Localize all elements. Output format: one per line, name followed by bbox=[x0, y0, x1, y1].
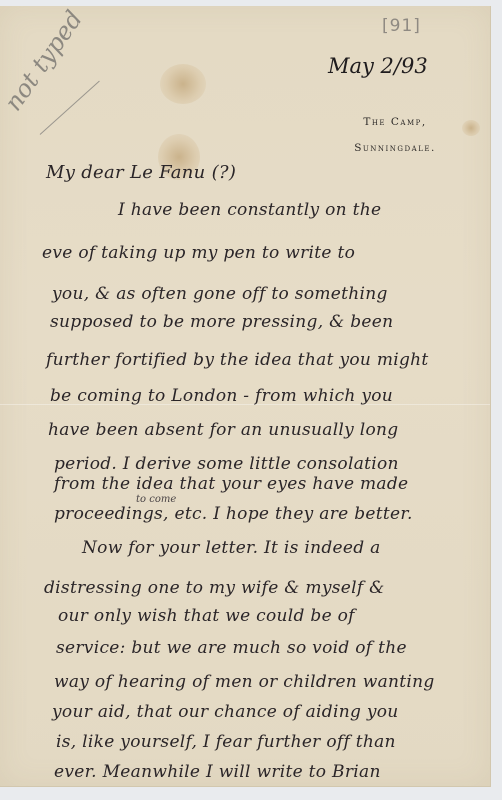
pencil-underline bbox=[40, 81, 100, 135]
body-line: further fortified by the idea that you m… bbox=[46, 350, 429, 370]
body-line: period. I derive some little consolation bbox=[54, 454, 399, 474]
body-line: have been absent for an unusually long bbox=[48, 420, 398, 440]
body-line: from the idea that your eyes have made bbox=[54, 474, 408, 494]
pencil-annotation: not typed bbox=[0, 5, 88, 116]
ink-stain bbox=[160, 64, 206, 104]
body-line: your aid, that our chance of aiding you bbox=[52, 702, 399, 722]
body-line: service: but we are much so void of the bbox=[56, 638, 407, 658]
letter-date: May 2/93 bbox=[328, 54, 428, 78]
body-line: our only wish that we could be of bbox=[58, 606, 355, 626]
body-line: be coming to London - from which you bbox=[50, 386, 393, 406]
body-line: you, & as often gone off to something bbox=[52, 284, 388, 304]
body-line: is, like yourself, I fear further off th… bbox=[56, 732, 396, 752]
letter-page: [91] not typed May 2/93 The Camp, Sunnin… bbox=[0, 6, 491, 787]
body-line: distressing one to my wife & myself & bbox=[44, 578, 385, 598]
salutation: My dear Le Fanu (?) bbox=[46, 162, 236, 183]
body-line: Now for your letter. It is indeed a bbox=[82, 538, 381, 558]
body-line: supposed to be more pressing, & been bbox=[50, 312, 393, 332]
ink-stain bbox=[462, 120, 480, 136]
body-line: ever. Meanwhile I will write to Brian bbox=[54, 762, 381, 782]
body-line: eve of taking up my pen to write to bbox=[42, 243, 355, 263]
archive-reference: [91] bbox=[382, 16, 421, 36]
body-line: way of hearing of men or children wantin… bbox=[54, 672, 435, 692]
letterhead-line-2: Sunningdale. bbox=[340, 142, 450, 154]
body-line: proceedings, etc. I hope they are better… bbox=[54, 504, 413, 524]
body-line: I have been constantly on the bbox=[118, 200, 381, 220]
letterhead-line-1: The Camp, bbox=[340, 116, 450, 128]
